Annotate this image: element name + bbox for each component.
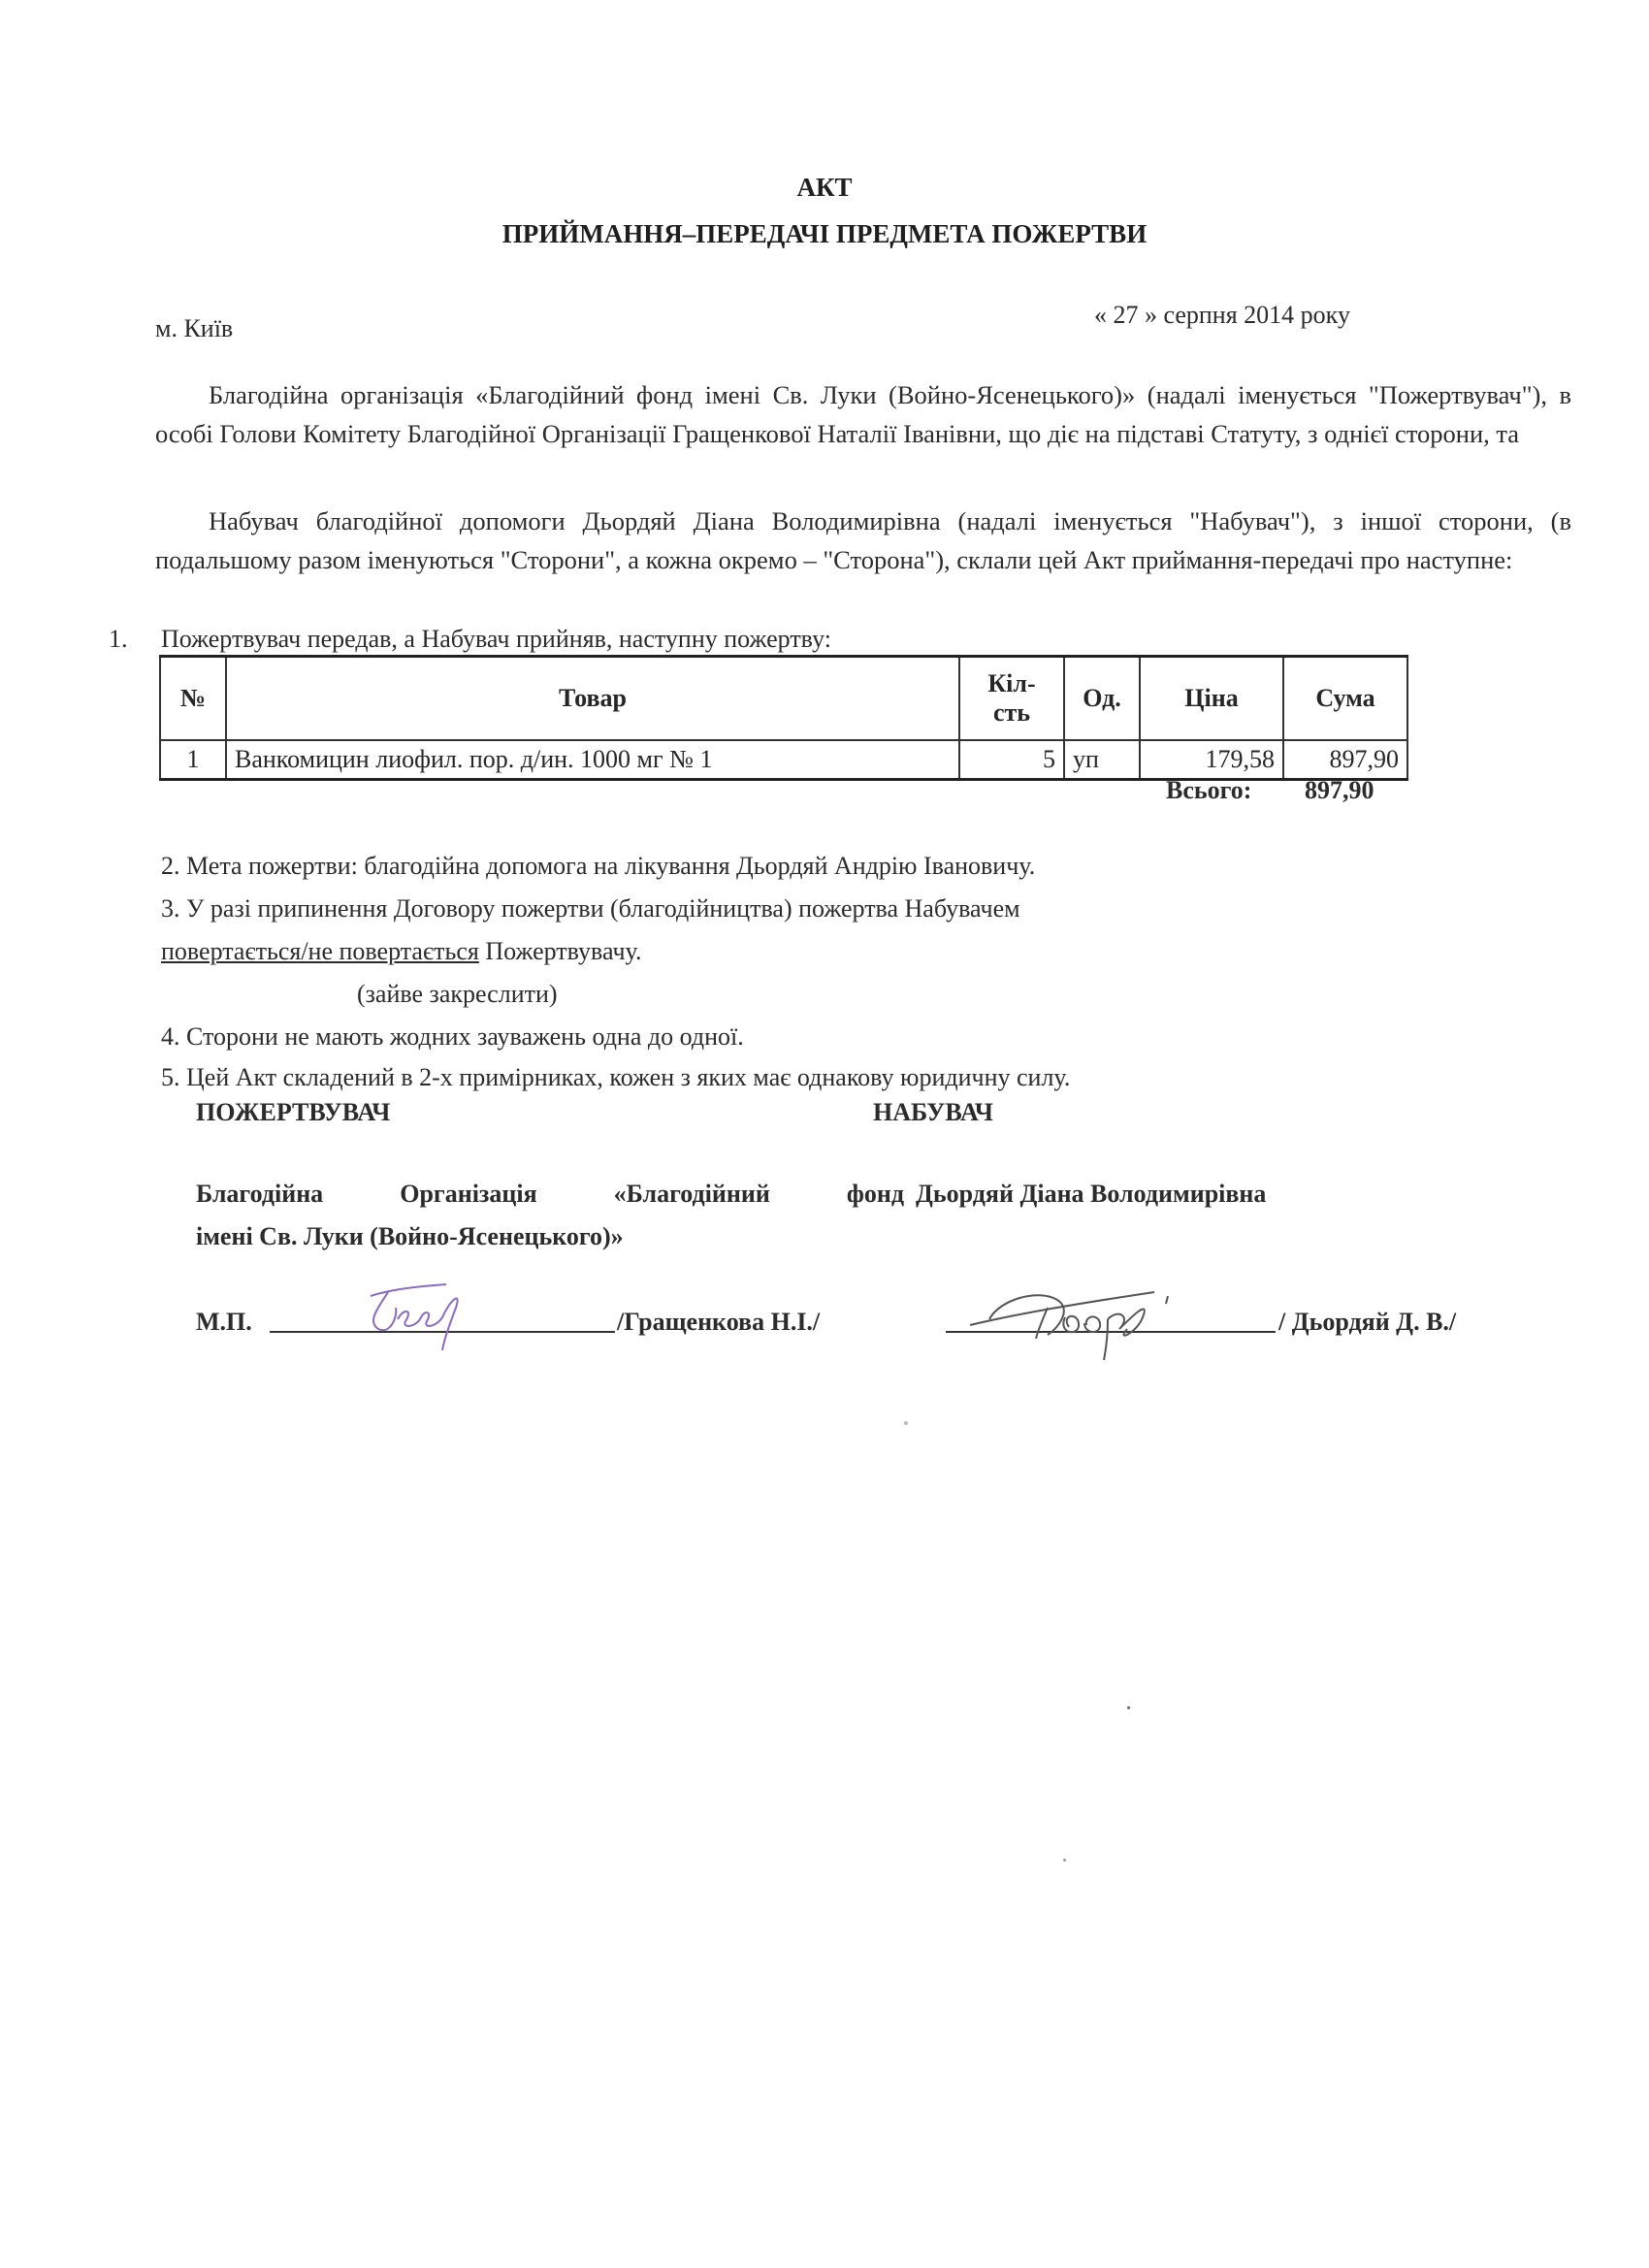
recipient-heading: НАБУВАЧ [873,1094,993,1130]
header-price: Ціна [1140,657,1283,741]
donation-items-table: № Товар Кіл- сть Од. Ціна Сума 1 Ванкоми… [159,655,1408,781]
row-number: 1 [160,740,226,780]
header-number: № [160,657,226,741]
header-quantity: Кіл- сть [959,657,1064,741]
stamp-label: М.П. [196,1304,252,1340]
clause-3-note: (зайве закреслити) [357,976,558,1012]
header-quantity-line1: Кіл- [987,669,1035,697]
intro-paragraph-recipient-text: Набувач благодійної допомоги Дьордяй Діа… [155,506,1571,574]
intro-paragraph-donor-text: Благодійна організація «Благодійний фонд… [155,380,1571,448]
donor-signature-icon [349,1279,485,1356]
total-label: Всього: [1166,772,1251,808]
donor-signatory: /Гращенкова Н.І./ [617,1304,820,1340]
clause-1-number: 1. [109,621,128,657]
clause-4: 4. Сторони не мають жодних зауважень одн… [161,1019,744,1054]
document-title: АКТ [0,173,1649,203]
donor-heading: ПОЖЕРТВУВАЧ [196,1094,390,1130]
city: м. Київ [155,310,233,346]
recipient-signatory: / Дьордяй Д. В./ [1278,1304,1456,1340]
row-quantity: 5 [959,740,1064,780]
clause-3-tail: Пожертвувачу. [479,937,642,965]
intro-paragraph-recipient: Набувач благодійної допомоги Дьордяй Діа… [155,502,1571,579]
recipient-signature-icon [960,1279,1193,1366]
total-value: 897,90 [1305,772,1374,808]
header-quantity-line2: сть [993,698,1030,727]
donor-org-word: фонд [847,1176,904,1212]
clause-5: 5. Цей Акт складений в 2-х примірниках, … [161,1059,1070,1095]
clause-1-text: Пожертвувач передав, а Набувач прийняв, … [161,621,831,657]
header-unit: Од. [1064,657,1140,741]
return-option-choice: повертається/не повертається [161,937,479,965]
donor-org-word: «Благодійний [614,1176,770,1212]
header-item: Товар [226,657,959,741]
recipient-name: Дьордяй Діана Володимирівна [916,1176,1266,1212]
clause-3-line1: 3. У разі припинення Договору пожертви (… [161,891,1020,926]
row-unit: уп [1064,740,1140,780]
intro-paragraph-donor: Благодійна організація «Благодійний фонд… [155,375,1571,453]
row-item: Ванкомицин лиофил. пор. д/ин. 1000 мг № … [226,740,959,780]
scan-speck [1127,1706,1130,1709]
donor-organization-line2: імені Св. Луки (Войно-Ясенецького)» [196,1218,624,1254]
document-subtitle: ПРИЙМАННЯ–ПЕРЕДАЧІ ПРЕДМЕТА ПОЖЕРТВИ [0,219,1649,249]
clause-2: 2. Мета пожертви: благодійна допомога на… [161,848,1035,884]
table-header-row: № Товар Кіл- сть Од. Ціна Сума [160,657,1407,741]
date: « 27 » серпня 2014 року [1094,297,1350,333]
donor-org-word: Організація [400,1176,536,1212]
scan-speck [904,1421,908,1425]
donor-organization-line1: Благодійна Організація «Благодійний фонд [196,1176,904,1212]
scan-speck [1063,1859,1066,1862]
donor-org-word: Благодійна [196,1176,323,1212]
header-sum: Сума [1283,657,1407,741]
clause-3-line2: повертається/не повертається Пожертвувач… [161,933,641,969]
donor-organization: Благодійна Організація «Благодійний фонд [196,1176,904,1212]
